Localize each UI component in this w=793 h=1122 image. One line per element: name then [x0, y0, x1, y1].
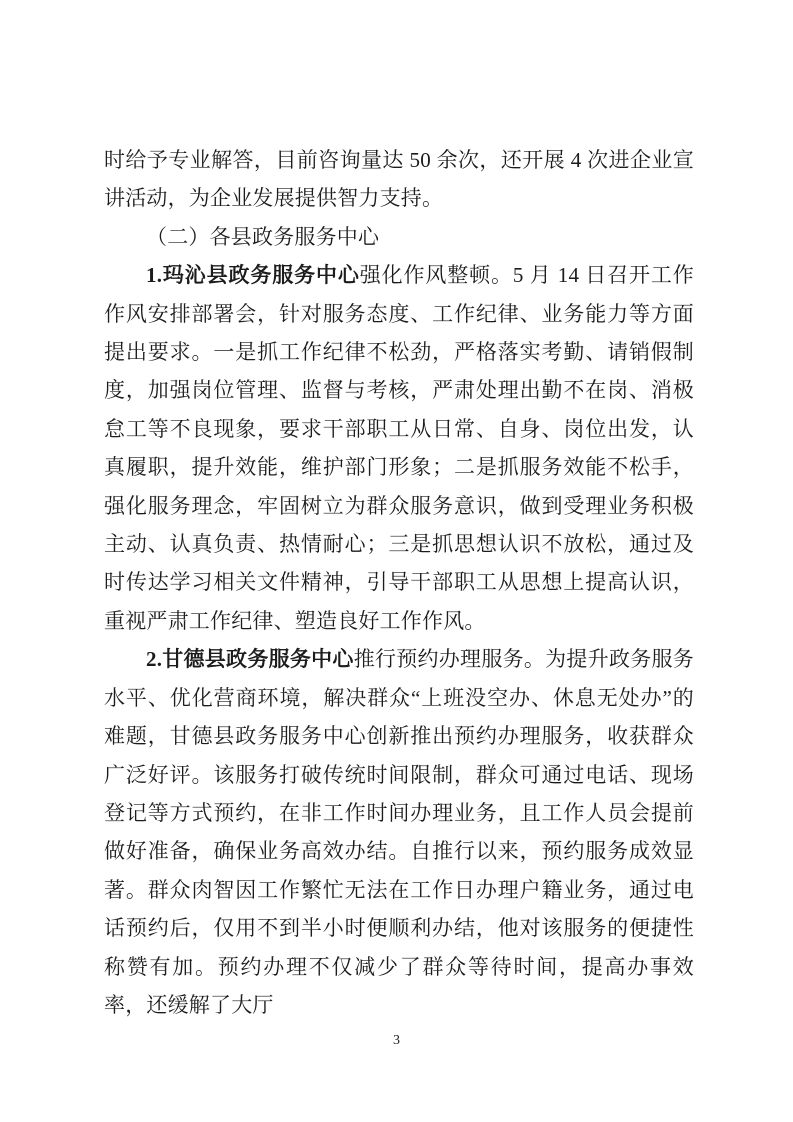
- section-heading-text: （二）各县政务服务中心: [146, 225, 379, 249]
- continuation-paragraph: 时给予专业解答，目前咨询量达 50 余次，还开展 4 次进企业宣讲活动，为企业发…: [104, 141, 694, 218]
- gande-county-heading-run: 2.甘德县政务服务中心: [146, 647, 354, 671]
- gande-county-body-run: 推行预约办理服务。为提升政务服务水平、优化营商环境，解决群众“上班没空办、休息无…: [104, 647, 694, 1017]
- document-page: 时给予专业解答，目前咨询量达 50 余次，还开展 4 次进企业宣讲活动，为企业发…: [0, 0, 793, 1122]
- paragraph-text: 时给予专业解答，目前咨询量达 50 余次，还开展 4 次进企业宣讲活动，为企业发…: [104, 148, 694, 210]
- maqin-county-paragraph: 1.玛沁县政务服务中心强化作风整顿。5 月 14 日召开工作作风安排部署会，针对…: [104, 256, 694, 640]
- section-heading: （二）各县政务服务中心: [104, 218, 694, 256]
- gande-county-paragraph: 2.甘德县政务服务中心推行预约办理服务。为提升政务服务水平、优化营商环境，解决群…: [104, 640, 694, 1024]
- maqin-county-heading-run: 1.玛沁县政务服务中心: [146, 263, 360, 287]
- maqin-county-body-run: 强化作风整顿。5 月 14 日召开工作作风安排部署会，针对服务态度、工作纪律、业…: [104, 263, 694, 633]
- document-body: 时给予专业解答，目前咨询量达 50 余次，还开展 4 次进企业宣讲活动，为企业发…: [104, 141, 694, 1024]
- page-number: 3: [0, 1033, 793, 1049]
